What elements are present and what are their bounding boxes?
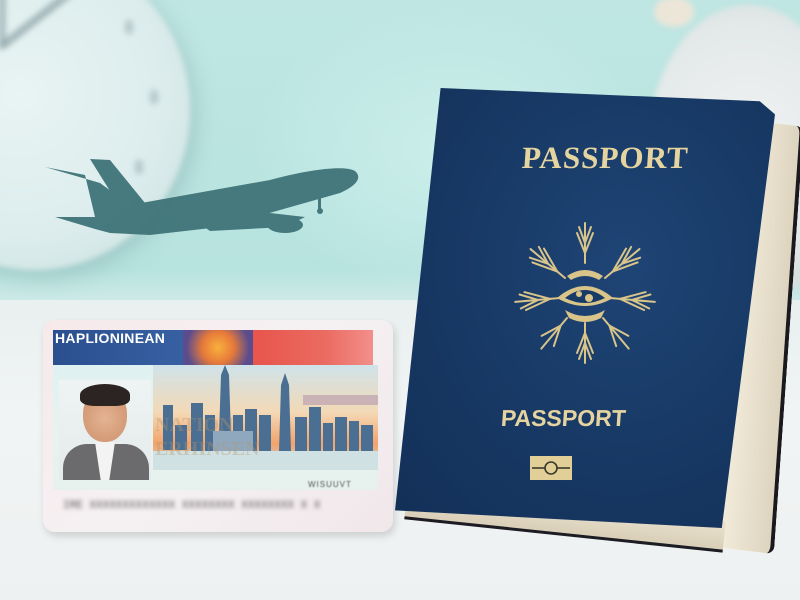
gold-crest-emblem-icon [505,218,665,368]
id-watermark-text: NATION ERHINSEN [155,413,259,461]
id-card-title: HAPLIONINEAN [55,330,165,346]
passport-title: PASSPORT [521,140,690,176]
clock-bell [654,0,694,27]
passport-subtitle: PASSPORT [500,405,627,432]
id-portrait-photo [59,380,151,480]
portrait-hair [80,384,130,406]
id-mrz-line: IRE XXXXXXXXXXXXX XXXXXXXX XXXXXXXX X X [63,500,373,514]
clock-hand [0,0,123,49]
id-number: WISUUVT [308,480,352,489]
biometric-chip-icon [530,456,572,480]
clock-tick [150,90,158,104]
scene: HAPLIONINEAN [0,0,800,600]
clock-hand [0,0,6,50]
id-header-sun-pattern [183,330,253,365]
id-card: HAPLIONINEAN [43,320,393,532]
airplane-silhouette-icon [40,155,370,245]
clock-tick [125,20,133,34]
id-header-red-band [253,330,373,365]
